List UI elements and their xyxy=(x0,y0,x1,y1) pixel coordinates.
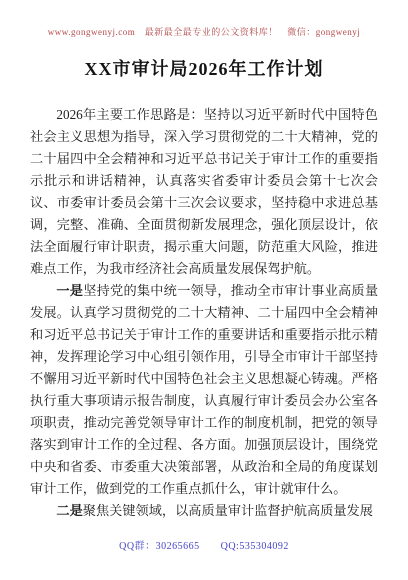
paragraph-text: 坚持党的集中统一领导，推动全市审计事业高质量发展。认真学习贯彻党的二十大精神、二… xyxy=(30,283,378,496)
paragraph-lead: 二是 xyxy=(56,503,82,518)
paragraph-point-two: 二是聚焦关键领域，以高质量审计监督护航高质量发展 xyxy=(30,500,378,522)
document-page: www.gongwenyj.com 最新最全最专业的公文资料库！ 微信：gong… xyxy=(0,0,408,580)
document-title: XX市审计局2026年工作计划 xyxy=(20,56,388,82)
paragraph-text: 2026年主要工作思路是：坚持以习近平新时代中国特色社会主义思想为指导，深入学习… xyxy=(30,107,378,276)
paragraph-text: 聚焦关键领域，以高质量审计监督护航高质量发展 xyxy=(83,503,373,518)
qq-contact-footer: QQ群：30265665 QQ:535304092 xyxy=(0,537,408,552)
paragraph-work-plan-overview: 2026年主要工作思路是：坚持以习近平新时代中国特色社会主义思想为指导，深入学习… xyxy=(30,104,378,280)
paragraph-point-one: 一是坚持党的集中统一领导，推动全市审计事业高质量发展。认真学习贯彻党的二十大精神… xyxy=(30,280,378,500)
site-watermark-header: www.gongwenyj.com 最新最全最专业的公文资料库！ 微信：gong… xyxy=(0,25,408,38)
document-body: 2026年主要工作思路是：坚持以习近平新时代中国特色社会主义思想为指导，深入学习… xyxy=(30,104,378,522)
paragraph-lead: 一是 xyxy=(56,283,83,298)
